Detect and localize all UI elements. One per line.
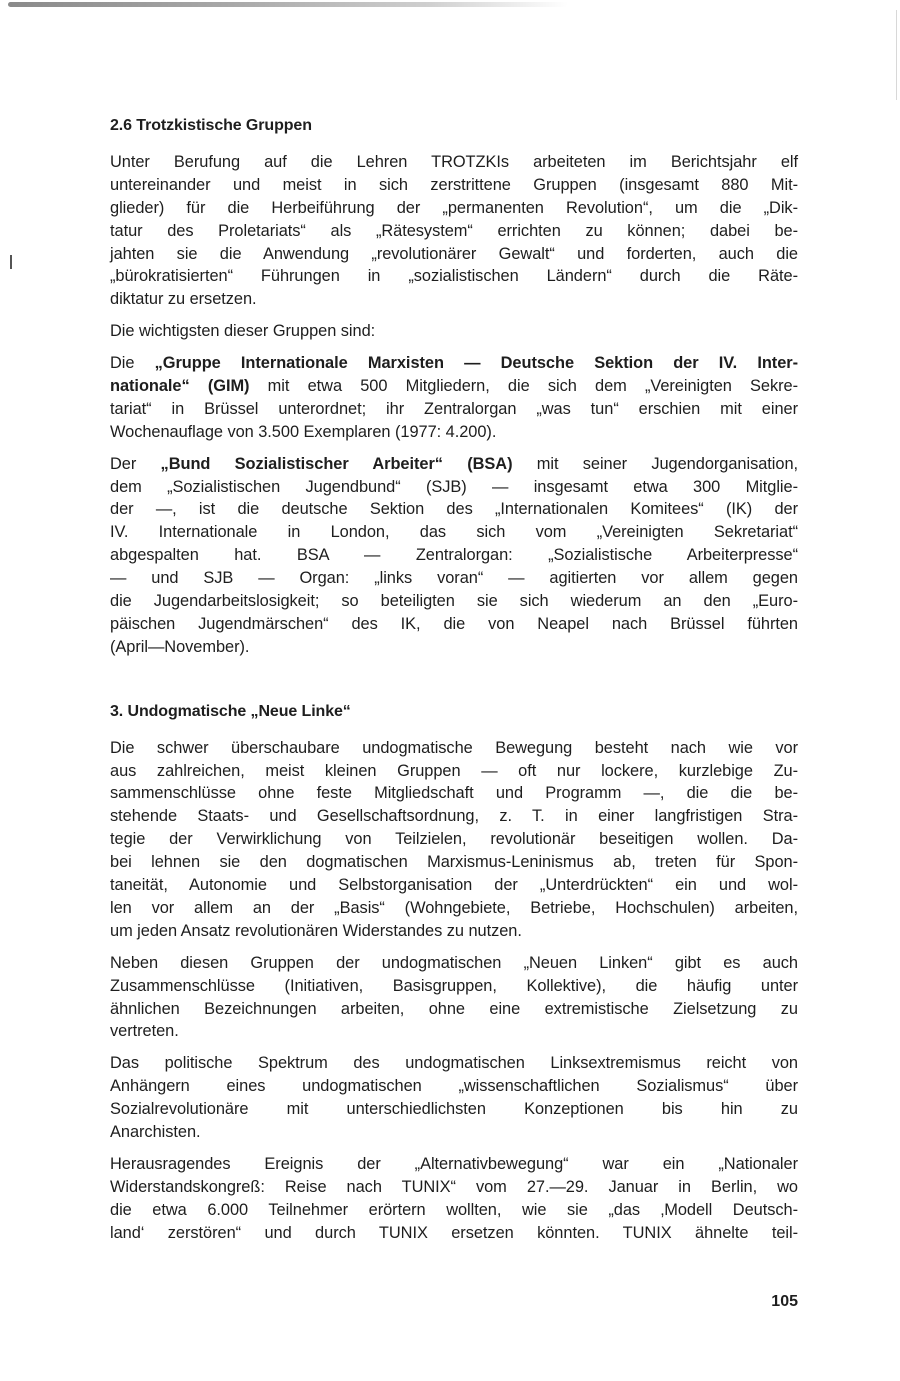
bold-organization-name: nationale“ (GIM) (110, 377, 249, 395)
text-line: tatur des Proletariats“ als „Rätesystem“… (110, 220, 798, 243)
text-line: Sozialrevolutionäre mit unterschiedlichs… (110, 1098, 798, 1121)
paragraph: Unter Berufung auf die Lehren TROTZKIs a… (110, 151, 798, 311)
text-line: diktatur zu ersetzen. (110, 288, 798, 311)
text-line: sammenschlüsse ohne feste Mitgliedschaft… (110, 782, 798, 805)
section-gap (110, 659, 798, 700)
text-line: Die schwer überschaubare undogmatische B… (110, 737, 798, 760)
text-line: Wochenauflage von 3.500 Exemplaren (1977… (110, 421, 798, 444)
bold-organization-name: „Bund Sozialistischer Arbeiter“ (BSA) (161, 455, 513, 473)
text-line: Das politische Spektrum des undogmatisch… (110, 1052, 798, 1075)
paragraph: Das politische Spektrum des undogmatisch… (110, 1052, 798, 1144)
text-run: Die (110, 354, 155, 372)
text-line: len vor allem an der „Basis“ (Wohngebiet… (110, 897, 798, 920)
text-line: Die „Gruppe Internationale Marxisten — D… (110, 352, 798, 375)
text-line: Neben diesen Gruppen der undogmatischen … (110, 952, 798, 975)
text-line: dem „Sozialistischen Jugendbund“ (SJB) —… (110, 476, 798, 499)
scan-edge-shadow (8, 2, 568, 7)
text-line: jahten sie die Anwendung „revolutionärer… (110, 243, 798, 266)
text-line: die Jugendarbeitslosigkeit; so beteiligt… (110, 590, 798, 613)
text-line: taneität, Autonomie und Selbstorganisati… (110, 874, 798, 897)
text-line: — und SJB — Organ: „links voran“ — agiti… (110, 567, 798, 590)
text-line: vertreten. (110, 1020, 798, 1043)
text-line: abgespalten hat. BSA — Zentralorgan: „So… (110, 544, 798, 567)
text-line: IV. Internationale in London, das sich v… (110, 521, 798, 544)
paragraph: Die „Gruppe Internationale Marxisten — D… (110, 352, 798, 444)
text-line: Herausragendes Ereignis der „Alternativb… (110, 1153, 798, 1176)
paragraph: Herausragendes Ereignis der „Alternativb… (110, 1153, 798, 1245)
text-line: tegie der Verwirklichung von Teilzielen,… (110, 828, 798, 851)
text-line: Anarchisten. (110, 1121, 798, 1144)
text-line: stehende Staats- und Gesellschaftsordnun… (110, 805, 798, 828)
page-number: 105 (758, 1292, 798, 1312)
text-line: Zusammenschlüsse (Initiativen, Basisgrup… (110, 975, 798, 998)
text-line: päischen Jugendmärschen“ des IK, die von… (110, 613, 798, 636)
paragraph: Der „Bund Sozialistischer Arbeiter“ (BSA… (110, 453, 798, 659)
text-line: Der „Bund Sozialistischer Arbeiter“ (BSA… (110, 453, 798, 476)
section-heading: 3. Undogmatische „Neue Linke“ (110, 700, 798, 723)
text-run: Der (110, 455, 161, 473)
section-heading: 2.6 Trotzkistische Gruppen (110, 114, 798, 137)
margin-mark (10, 255, 12, 269)
text-line: Widerstandskongreß: Reise nach TUNIX“ vo… (110, 1176, 798, 1199)
text-line: nationale“ (GIM) mit etwa 500 Mitglieder… (110, 375, 798, 398)
text-line: (April—November). (110, 636, 798, 659)
text-run: mit seiner Jugendorganisation, (512, 455, 798, 473)
text-run: mit etwa 500 Mitgliedern, die sich dem „… (249, 377, 798, 395)
paragraph: Neben diesen Gruppen der undogmatischen … (110, 952, 798, 1044)
text-line: Anhängern eines undogmatischen „wissensc… (110, 1075, 798, 1098)
text-line: bei lehnen sie den dogmatischen Marxismu… (110, 851, 798, 874)
text-line: land‘ zerstören“ und durch TUNIX ersetze… (110, 1222, 798, 1245)
text-line: Unter Berufung auf die Lehren TROTZKIs a… (110, 151, 798, 174)
text-line: ähnlichen Bezeichnungen arbeiten, ohne e… (110, 998, 798, 1021)
bold-organization-name: „Gruppe Internationale Marxisten — Deuts… (155, 354, 798, 372)
text-line: Die wichtigsten dieser Gruppen sind: (110, 320, 798, 343)
paragraph: Die wichtigsten dieser Gruppen sind: (110, 320, 798, 343)
document-page: 2.6 Trotzkistische GruppenUnter Berufung… (110, 114, 798, 1244)
text-line: glieder) für die Herbeiführung der „perm… (110, 197, 798, 220)
scan-edge-right (896, 10, 897, 100)
text-line: die etwa 6.000 Teilnehmer erörtern wollt… (110, 1199, 798, 1222)
text-line: aus zahlreichen, meist kleinen Gruppen —… (110, 760, 798, 783)
text-line: um jeden Ansatz revolutionären Widerstan… (110, 920, 798, 943)
text-line: untereinander und meist in sich zerstrit… (110, 174, 798, 197)
text-line: „bürokratisierten“ Führungen in „soziali… (110, 265, 798, 288)
text-line: der —, ist die deutsche Sektion des „Int… (110, 498, 798, 521)
text-line: tariat“ in Brüssel unterordnet; ihr Zent… (110, 398, 798, 421)
paragraph: Die schwer überschaubare undogmatische B… (110, 737, 798, 943)
